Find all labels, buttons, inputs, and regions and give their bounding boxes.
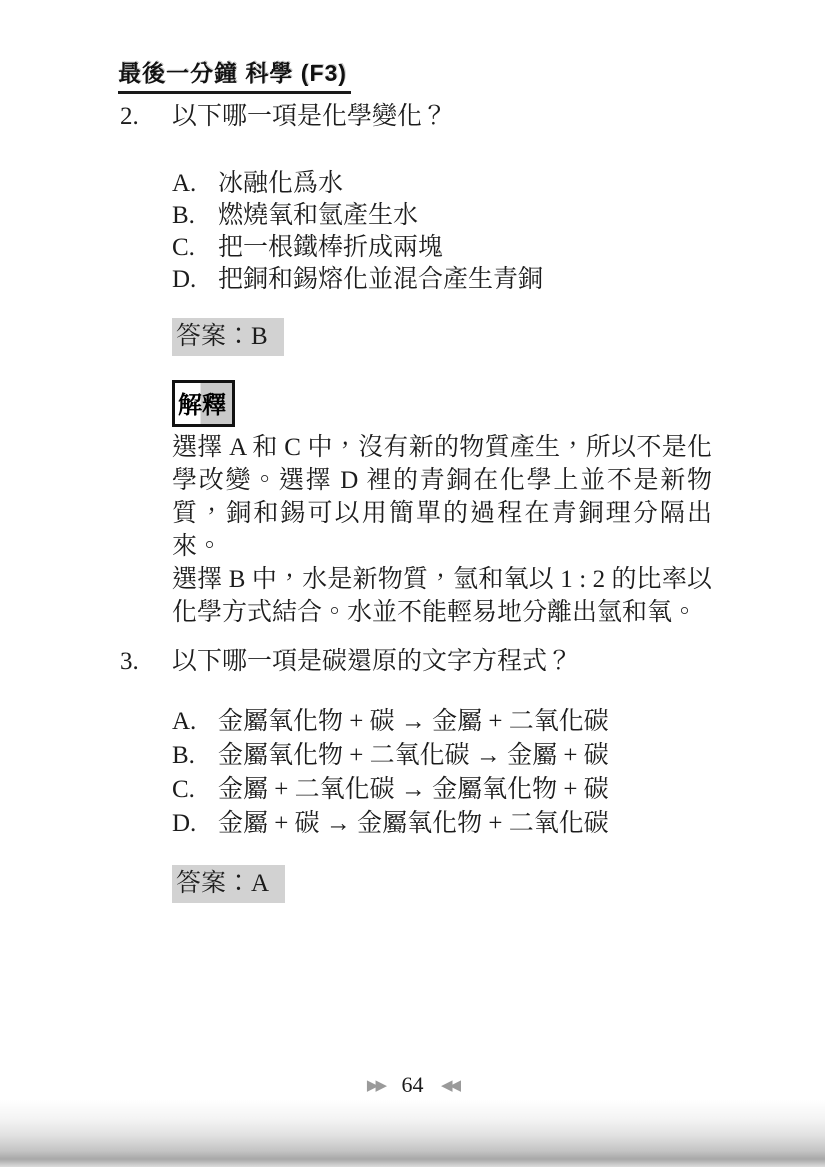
explanation-paragraph: 選擇 B 中，水是新物質，氫和氧以 1 : 2 的比率以化學方式結合。水並不能輕… <box>172 563 712 629</box>
option-text: 金屬氧化物 + 碳 → 金屬 + 二氧化碳 <box>218 705 609 739</box>
backward-arrows-icon: ◀◀ <box>441 1078 458 1094</box>
answer-highlight: 答案：B <box>172 318 284 356</box>
option-letter: D. <box>172 807 218 841</box>
question-3-number: 3. <box>120 645 172 678</box>
option-letter: A. <box>172 168 218 200</box>
option-text: 金屬 + 碳 → 金屬氧化物 + 二氧化碳 <box>218 807 609 841</box>
header-title: 最後一分鐘 科學 (F3) <box>118 55 351 94</box>
option-text: 燃燒氧和氫產生水 <box>218 200 418 232</box>
answer-highlight: 答案：A <box>172 865 285 903</box>
option-row: A. 冰融化爲水 <box>172 168 770 200</box>
option-letter: D. <box>172 264 218 296</box>
option-row: C. 把一根鐵棒折成兩塊 <box>172 232 770 264</box>
explanation-badge-row: 解釋 <box>172 380 770 427</box>
question-2-line: 2. 以下哪一項是化學變化？ <box>120 100 770 133</box>
option-text: 金屬氧化物 + 二氧化碳 → 金屬 + 碳 <box>218 739 609 773</box>
document-page: 最後一分鐘 科學 (F3) 2. 以下哪一項是化學變化？ A. 冰融化爲水 B.… <box>0 0 825 1167</box>
option-row: B. 金屬氧化物 + 二氧化碳 → 金屬 + 碳 <box>172 739 770 773</box>
option-row: D. 金屬 + 碳 → 金屬氧化物 + 二氧化碳 <box>172 807 770 841</box>
question-2: 2. 以下哪一項是化學變化？ A. 冰融化爲水 B. 燃燒氧和氫產生水 C. 把… <box>120 100 770 629</box>
document-header: 最後一分鐘 科學 (F3) <box>118 55 351 94</box>
option-row: D. 把銅和錫熔化並混合產生青銅 <box>172 264 770 296</box>
answer-row: 答案：B <box>172 318 770 356</box>
option-text: 把銅和錫熔化並混合產生青銅 <box>218 264 543 296</box>
option-row: A. 金屬氧化物 + 碳 → 金屬 + 二氧化碳 <box>172 705 770 739</box>
question-3-options: A. 金屬氧化物 + 碳 → 金屬 + 二氧化碳 B. 金屬氧化物 + 二氧化碳… <box>172 705 770 841</box>
option-text: 金屬 + 二氧化碳 → 金屬氧化物 + 碳 <box>218 773 609 807</box>
question-3: 3. 以下哪一項是碳還原的文字方程式？ A. 金屬氧化物 + 碳 → 金屬 + … <box>120 645 770 903</box>
option-letter: A. <box>172 705 218 739</box>
question-2-number: 2. <box>120 100 172 133</box>
option-text: 把一根鐵棒折成兩塊 <box>218 232 443 264</box>
question-2-options: A. 冰融化爲水 B. 燃燒氧和氫產生水 C. 把一根鐵棒折成兩塊 D. 把銅和… <box>172 168 770 296</box>
answer-row: 答案：A <box>172 865 770 903</box>
page-number: 64 <box>402 1072 424 1097</box>
option-text: 冰融化爲水 <box>218 168 343 200</box>
explanation-paragraph: 選擇 A 和 C 中，沒有新的物質產生，所以不是化學改變。選擇 D 裡的青銅在化… <box>172 431 712 563</box>
option-letter: C. <box>172 773 218 807</box>
option-letter: B. <box>172 739 218 773</box>
question-3-text: 以下哪一項是碳還原的文字方程式？ <box>172 645 770 678</box>
bottom-gradient-bar <box>0 1100 825 1167</box>
question-2-text: 以下哪一項是化學變化？ <box>172 100 770 133</box>
option-row: B. 燃燒氧和氫產生水 <box>172 200 770 232</box>
page-footer: ▶▶ 64 ◀◀ <box>0 1072 825 1098</box>
explanation-badge: 解釋 <box>172 380 235 427</box>
forward-arrows-icon: ▶▶ <box>367 1078 384 1094</box>
option-row: C. 金屬 + 二氧化碳 → 金屬氧化物 + 碳 <box>172 773 770 807</box>
question-3-line: 3. 以下哪一項是碳還原的文字方程式？ <box>120 645 770 678</box>
option-letter: C. <box>172 232 218 264</box>
option-letter: B. <box>172 200 218 232</box>
